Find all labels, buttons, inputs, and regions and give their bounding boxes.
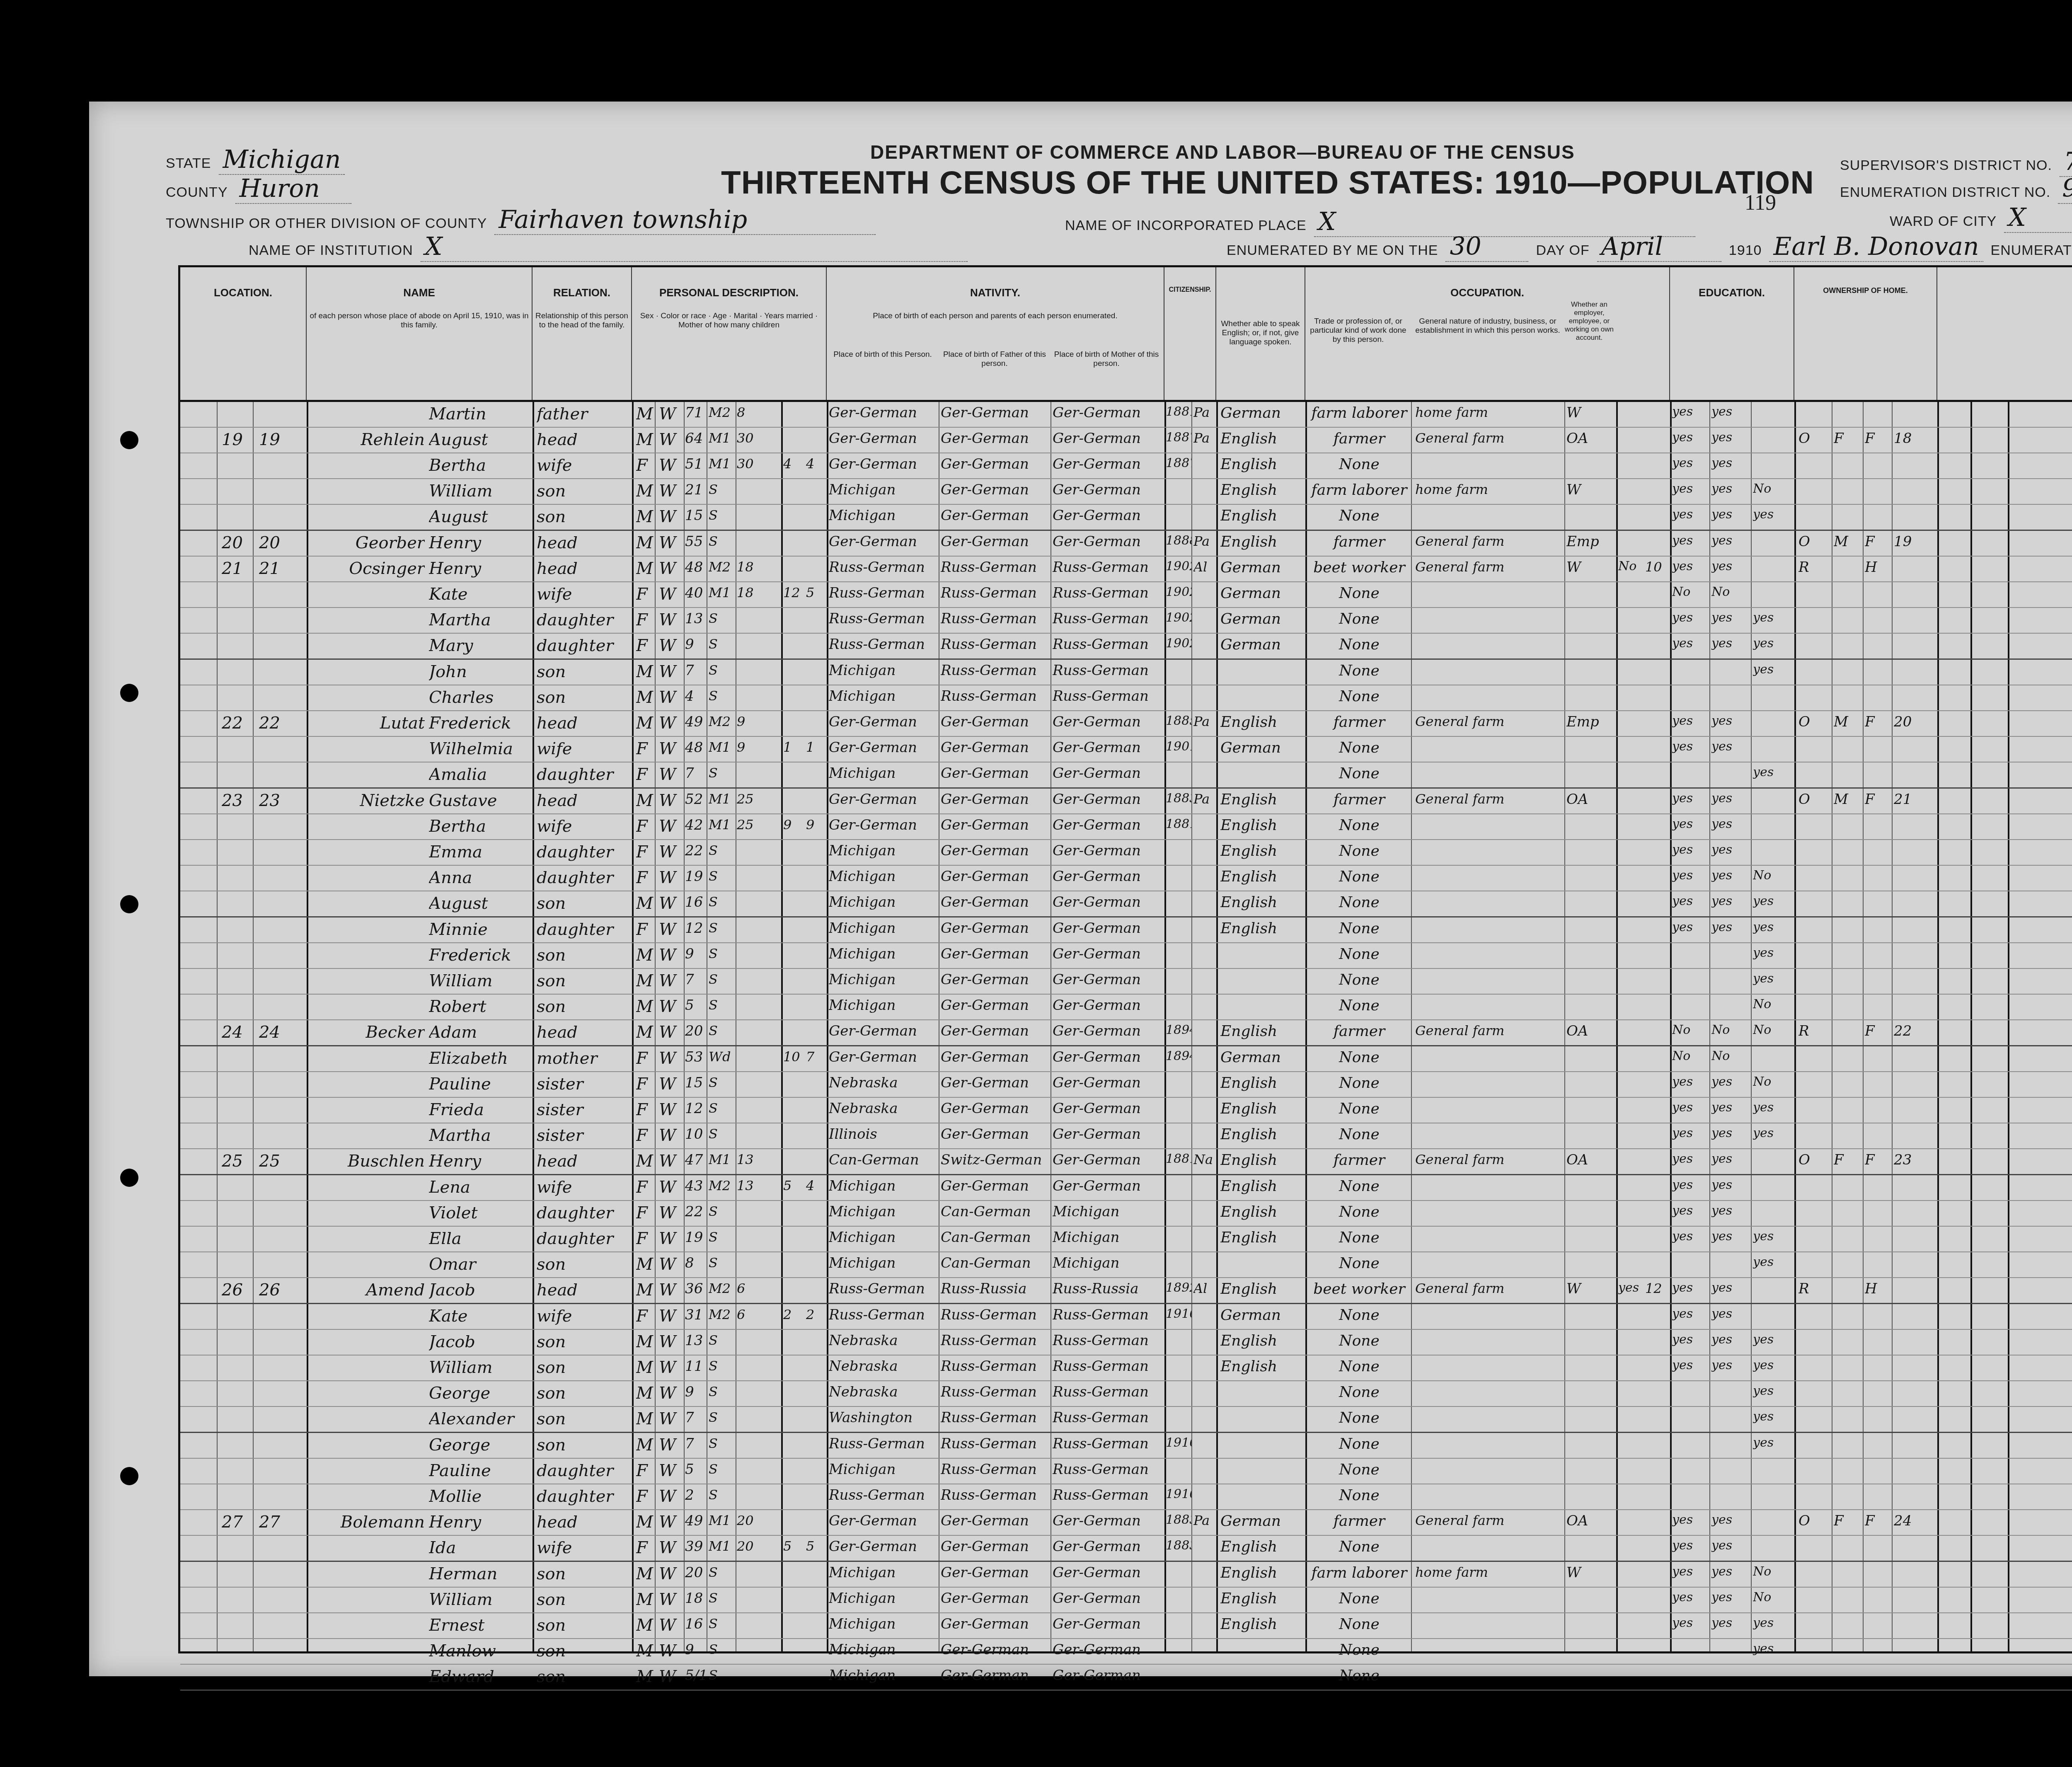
given-name: Violet [429, 1203, 530, 1222]
language: German [1220, 739, 1303, 756]
header-education: EDUCATION. [1670, 267, 1794, 400]
can-write: yes [1711, 1075, 1749, 1089]
birthplace-person: Russ-German [829, 1487, 939, 1503]
race: W [659, 1461, 682, 1480]
farm-or-house: F [1865, 791, 1890, 808]
enumeration-district-label: ENUMERATION DISTRICT NO. [1840, 184, 2050, 201]
sex: F [636, 585, 655, 604]
language: English [1220, 920, 1303, 937]
years-married: 8 [737, 404, 758, 420]
birthplace-mother: Russ-German [1053, 636, 1162, 653]
birthplace-person: Michigan [829, 1203, 939, 1220]
children-living: 9 [806, 817, 827, 833]
birthplace-father: Russ-German [941, 1409, 1051, 1426]
trade: None [1310, 636, 1409, 653]
family-number: 26 [259, 1280, 300, 1300]
birthplace-person: Michigan [829, 997, 939, 1014]
can-read: yes [1672, 533, 1707, 548]
age: 51 [685, 456, 707, 472]
birthplace-mother: Ger-German [1053, 791, 1162, 808]
race: W [659, 1332, 682, 1351]
farm-or-house: F [1865, 430, 1890, 447]
age: 55 [685, 533, 707, 550]
can-read: No [1672, 1023, 1707, 1037]
relation: son [537, 507, 630, 526]
sex: M [636, 971, 655, 990]
birthplace-person: Michigan [829, 1590, 939, 1607]
birthplace-person: Michigan [829, 920, 939, 937]
language: English [1220, 1564, 1303, 1581]
language: German [1220, 610, 1303, 627]
census-row: William son M W 11 S Nebraska Russ-Germa… [180, 1356, 2072, 1381]
attended-school: yes [1753, 1229, 1792, 1244]
birthplace-person: Ger-German [829, 817, 939, 833]
sex: M [636, 1590, 655, 1609]
age: 5 [685, 997, 707, 1014]
birthplace-person: Nebraska [829, 1358, 939, 1375]
given-name: Bertha [429, 817, 530, 836]
marital-status: S [709, 997, 734, 1013]
census-row: Kate wife F W 40 M1 18 12 5 Russ-German … [180, 582, 2072, 608]
trade: None [1310, 1384, 1409, 1401]
trade: None [1310, 920, 1409, 937]
relation: daughter [537, 610, 630, 629]
immigration-year: 1894 [1166, 1023, 1191, 1037]
age: 48 [685, 559, 707, 576]
birthplace-father: Ger-German [941, 971, 1051, 988]
birthplace-mother: Russ-German [1053, 1487, 1162, 1503]
can-write: yes [1711, 610, 1749, 625]
immigration-year: 1887 [1166, 456, 1191, 470]
marital-status: S [709, 1255, 734, 1271]
census-row: Martin father M W 71 M2 8 Ger-German Ger… [180, 402, 2072, 428]
children-born: 5 [783, 1538, 804, 1554]
county-label: COUNTY [166, 184, 228, 201]
marital-status: M1 [709, 430, 734, 446]
relation: wife [537, 1307, 630, 1326]
can-read: yes [1672, 636, 1707, 651]
birthplace-father: Ger-German [941, 1075, 1051, 1091]
birthplace-mother: Ger-German [1053, 739, 1162, 756]
can-write: yes [1711, 1307, 1749, 1321]
age: 20 [685, 1023, 707, 1039]
children-living: 4 [806, 1178, 827, 1193]
industry: home farm [1415, 1564, 1562, 1580]
age: 8 [685, 1255, 707, 1271]
relation: wife [537, 585, 630, 604]
marital-status: S [709, 894, 734, 910]
age: 19 [685, 1229, 707, 1246]
birthplace-person: Ger-German [829, 456, 939, 472]
race: W [659, 1435, 682, 1455]
attended-school: yes [1753, 1616, 1792, 1630]
attended-school: yes [1753, 636, 1792, 651]
family-number: 23 [259, 791, 300, 810]
language: German [1220, 404, 1303, 421]
relation: son [537, 688, 630, 707]
can-write: yes [1711, 791, 1749, 806]
sex: M [636, 662, 655, 681]
can-write: yes [1711, 1152, 1749, 1166]
relation: daughter [537, 1203, 630, 1222]
birthplace-father: Ger-German [941, 430, 1051, 447]
trade: None [1310, 894, 1409, 911]
employment-class: W [1566, 1280, 1614, 1297]
relation: son [537, 1667, 630, 1686]
can-write: yes [1711, 404, 1749, 419]
marital-status: S [709, 1641, 734, 1657]
employment-class: Emp [1566, 533, 1614, 550]
can-read: yes [1672, 868, 1707, 883]
race: W [659, 765, 682, 784]
immigration-year: 1881 [1166, 1152, 1191, 1166]
language: English [1220, 1075, 1303, 1092]
census-row: Bertha wife F W 51 M1 30 4 4 Ger-German … [180, 453, 2072, 479]
given-name: August [429, 430, 530, 449]
birthplace-father: Can-German [941, 1203, 1051, 1220]
marital-status: M1 [709, 1538, 734, 1554]
relation: head [537, 1280, 630, 1300]
farm-or-house: F [1865, 1513, 1890, 1529]
can-read: yes [1672, 1513, 1707, 1527]
marital-status: S [709, 765, 734, 781]
out-of-work: yes [1618, 1280, 1643, 1295]
relation: head [537, 533, 630, 552]
institution-field: NAME OF INSTITUTION X [249, 232, 968, 262]
sex: F [636, 1100, 655, 1119]
age: 15 [685, 507, 707, 524]
can-write: yes [1711, 817, 1749, 831]
given-name: Manlow [429, 1641, 530, 1660]
birthplace-mother: Michigan [1053, 1255, 1162, 1271]
can-write: yes [1711, 1178, 1749, 1192]
enumeration-district-value: 9 [2058, 174, 2072, 204]
weeks-out-of-work: 12 [1645, 1280, 1668, 1296]
relation: head [537, 1513, 630, 1532]
can-read: yes [1672, 1280, 1707, 1295]
relation: head [537, 430, 630, 449]
can-write: yes [1711, 636, 1749, 651]
marital-status: S [709, 636, 734, 652]
marital-status: S [709, 507, 734, 523]
race: W [659, 1178, 682, 1197]
age: 11 [685, 1358, 707, 1375]
family-number: 21 [259, 559, 300, 578]
birthplace-mother: Ger-German [1053, 1178, 1162, 1194]
birthplace-mother: Russ-German [1053, 1435, 1162, 1452]
language: English [1220, 817, 1303, 834]
birthplace-mother: Ger-German [1053, 1667, 1162, 1684]
birthplace-father: Ger-German [941, 482, 1051, 498]
farm-or-house: H [1865, 559, 1890, 576]
sex: M [636, 1384, 655, 1403]
marital-status: S [709, 1667, 734, 1683]
marital-status: S [709, 1461, 734, 1477]
race: W [659, 482, 682, 501]
can-write: yes [1711, 1229, 1749, 1244]
language: English [1220, 456, 1303, 473]
relation: son [537, 1435, 630, 1455]
can-read: yes [1672, 920, 1707, 934]
farm-or-house: F [1865, 1152, 1890, 1168]
birthplace-mother: Russ-German [1053, 1358, 1162, 1375]
supervisor-district-field: SUPERVISOR'S DISTRICT NO. 7 [1840, 147, 2072, 177]
given-name: Martin [429, 404, 530, 424]
relation: head [537, 714, 630, 733]
trade: None [1310, 1590, 1409, 1607]
state-value: Michigan [219, 145, 345, 175]
given-name: Ella [429, 1229, 530, 1248]
relation: wife [537, 739, 630, 758]
punch-hole [120, 1169, 138, 1187]
years-married: 20 [737, 1538, 758, 1554]
birthplace-person: Michigan [829, 842, 939, 859]
attended-school: yes [1753, 1384, 1792, 1398]
birthplace-mother: Ger-German [1053, 1049, 1162, 1065]
trade: None [1310, 1049, 1409, 1066]
birthplace-person: Michigan [829, 894, 939, 910]
marital-status: S [709, 842, 734, 858]
enumerated-year: 1910 [1729, 242, 1762, 259]
birthplace-mother: Ger-German [1053, 430, 1162, 447]
out-of-work: No [1618, 559, 1643, 574]
census-row: Amalia daughter F W 7 S Michigan Ger-Ger… [180, 762, 2072, 789]
sex: F [636, 842, 655, 862]
age: 64 [685, 430, 707, 447]
race: W [659, 1513, 682, 1532]
can-read: yes [1672, 404, 1707, 419]
birthplace-mother: Ger-German [1053, 404, 1162, 421]
free-or-mortgaged: M [1834, 791, 1861, 808]
race: W [659, 1280, 682, 1300]
relation: son [537, 1590, 630, 1609]
immigration-year: 1902 [1166, 636, 1191, 651]
can-write: yes [1711, 842, 1749, 857]
given-name: August [429, 894, 530, 913]
trade: farmer [1310, 791, 1409, 808]
census-row: 22 22 Lutat Frederick head M W 49 M2 9 G… [180, 711, 2072, 737]
birthplace-father: Ger-German [941, 1178, 1051, 1194]
immigration-year: 1885 [1166, 714, 1191, 728]
relation: wife [537, 1178, 630, 1197]
naturalization: Pa [1193, 1513, 1216, 1528]
can-write: No [1711, 1049, 1749, 1063]
immigration-year: 1902 [1166, 559, 1191, 574]
census-row: Ernest son M W 16 S Michigan Ger-German … [180, 1613, 2072, 1639]
trade: None [1310, 507, 1409, 524]
age: 9 [685, 946, 707, 962]
birthplace-father: Russ-German [941, 636, 1051, 653]
census-row: Alexander son M W 7 S Washington Russ-Ge… [180, 1407, 2072, 1433]
given-name: Jacob [429, 1280, 530, 1300]
trade: None [1310, 1203, 1409, 1220]
birthplace-father: Ger-German [941, 1641, 1051, 1658]
birthplace-person: Ger-German [829, 1538, 939, 1555]
census-row: 26 26 Amend Jacob head M W 36 M2 6 Russ-… [180, 1278, 2072, 1304]
given-name: Pauline [429, 1461, 530, 1480]
dwelling-number: 23 [222, 791, 251, 810]
given-name: John [429, 662, 530, 681]
language: English [1220, 1229, 1303, 1246]
attended-school: yes [1753, 894, 1792, 908]
punch-hole [120, 1467, 138, 1485]
children-living: 5 [806, 585, 827, 600]
can-read: yes [1672, 1538, 1707, 1553]
marital-status: M1 [709, 739, 734, 755]
can-read: yes [1672, 456, 1707, 470]
children-living: 4 [806, 456, 827, 472]
marital-status: M2 [709, 404, 734, 420]
given-name: Henry [429, 1152, 530, 1171]
trade: farmer [1310, 714, 1409, 731]
race: W [659, 662, 682, 681]
census-row: Charles son M W 4 S Michigan Russ-German… [180, 685, 2072, 711]
relation: son [537, 1358, 630, 1377]
attended-school: No [1753, 1590, 1792, 1605]
sex: M [636, 1641, 655, 1660]
attended-school: yes [1753, 1332, 1792, 1347]
birthplace-father: Can-German [941, 1229, 1051, 1246]
birthplace-mother: Russ-German [1053, 559, 1162, 576]
sex: M [636, 1616, 655, 1635]
can-read: yes [1672, 559, 1707, 574]
children-living: 5 [806, 1538, 827, 1554]
immigration-year: 1887 [1166, 430, 1191, 445]
free-or-mortgaged: M [1834, 714, 1861, 730]
sex: F [636, 817, 655, 836]
language: English [1220, 430, 1303, 447]
birthplace-person: Russ-German [829, 1307, 939, 1323]
immigration-year: 1883 [1166, 1513, 1191, 1527]
enumerator-label: ENUMERATOR [1991, 242, 2072, 259]
birthplace-person: Ger-German [829, 1513, 939, 1529]
marital-status: S [709, 946, 734, 961]
immigration-year: 1902 [1166, 610, 1191, 625]
sex: M [636, 946, 655, 965]
language: German [1220, 559, 1303, 576]
birthplace-father: Can-German [941, 1255, 1051, 1271]
birthplace-mother: Russ-German [1053, 1461, 1162, 1478]
given-name: Emma [429, 842, 530, 862]
enumerated-month: April [1597, 232, 1721, 262]
county-value: Huron [235, 174, 351, 204]
attended-school: No [1753, 482, 1792, 496]
employment-class: OA [1566, 1152, 1614, 1168]
birthplace-mother: Ger-German [1053, 920, 1162, 937]
sex: M [636, 1023, 655, 1042]
trade: beet worker [1310, 1280, 1409, 1297]
years-married: 13 [737, 1152, 758, 1167]
birthplace-mother: Ger-German [1053, 1538, 1162, 1555]
birthplace-person: Nebraska [829, 1100, 939, 1117]
trade: None [1310, 610, 1409, 627]
census-row: Mollie daughter F W 2 S Russ-German Russ… [180, 1484, 2072, 1510]
birthplace-mother: Ger-German [1053, 456, 1162, 472]
farm-schedule-number: 20 [1894, 714, 1935, 730]
header-nativity: NATIVITY. Place of birth of each person … [827, 267, 1164, 400]
census-row: Wilhelmia wife F W 48 M1 9 1 1 Ger-Germa… [180, 737, 2072, 762]
supervisor-district-label: SUPERVISOR'S DISTRICT NO. [1840, 157, 2052, 174]
immigration-year: 1902 [1166, 585, 1191, 599]
birthplace-father: Russ-German [941, 1307, 1051, 1323]
children-living: 1 [806, 739, 827, 755]
census-row: George son M W 7 S Russ-German Russ-Germ… [180, 1433, 2072, 1459]
attended-school: yes [1753, 765, 1792, 779]
birthplace-person: Michigan [829, 482, 939, 498]
marital-status: M1 [709, 1152, 734, 1167]
marital-status: S [709, 1332, 734, 1348]
weeks-out-of-work: 10 [1645, 559, 1668, 575]
sex: F [636, 636, 655, 655]
sex: F [636, 1126, 655, 1145]
census-row: 25 25 Buschlen Henry head M W 47 M1 13 C… [180, 1149, 2072, 1175]
sex: F [636, 920, 655, 939]
industry: General farm [1415, 430, 1562, 446]
census-row: Emma daughter F W 22 S Michigan Ger-Germ… [180, 840, 2072, 866]
sex: M [636, 688, 655, 707]
race: W [659, 894, 682, 913]
trade: farmer [1310, 1023, 1409, 1040]
attended-school: yes [1753, 1409, 1792, 1424]
marital-status: M2 [709, 559, 734, 575]
language: English [1220, 482, 1303, 499]
census-row: William son M W 18 S Michigan Ger-German… [180, 1588, 2072, 1613]
attended-school: yes [1753, 920, 1792, 934]
language: German [1220, 636, 1303, 653]
trade: None [1310, 1435, 1409, 1452]
race: W [659, 1641, 682, 1660]
birthplace-father: Russ-Russia [941, 1280, 1051, 1297]
given-name: Adam [429, 1023, 530, 1042]
years-married: 18 [737, 559, 758, 575]
free-or-mortgaged: F [1834, 1152, 1861, 1168]
surname: Ocsinger [313, 559, 425, 578]
marital-status: S [709, 1564, 734, 1580]
birthplace-person: Michigan [829, 868, 939, 885]
sex: M [636, 507, 655, 526]
relation: wife [537, 817, 630, 836]
sex: F [636, 1461, 655, 1480]
language: English [1220, 507, 1303, 524]
race: W [659, 1538, 682, 1557]
birthplace-mother: Ger-German [1053, 714, 1162, 730]
employment-class: W [1566, 1564, 1614, 1581]
farm-or-house: F [1865, 533, 1890, 550]
race: W [659, 1075, 682, 1094]
race: W [659, 610, 682, 629]
relation: sister [537, 1126, 630, 1145]
industry: General farm [1415, 1152, 1562, 1167]
years-married: 6 [737, 1307, 758, 1322]
given-name: William [429, 971, 530, 990]
age: 4 [685, 688, 707, 704]
trade: None [1310, 1178, 1409, 1195]
birthplace-father: Ger-German [941, 1100, 1051, 1117]
census-row: Martha sister F W 10 S Illinois Ger-Germ… [180, 1123, 2072, 1149]
birthplace-mother: Ger-German [1053, 971, 1162, 988]
table-header: LOCATION. NAME of each person whose plac… [180, 267, 2072, 402]
attended-school: yes [1753, 1255, 1792, 1269]
farm-schedule-number: 22 [1894, 1023, 1935, 1039]
family-number: 19 [259, 430, 300, 449]
trade: None [1310, 842, 1409, 859]
naturalization: Pa [1193, 430, 1216, 446]
birthplace-father: Ger-German [941, 868, 1051, 885]
trade: None [1310, 765, 1409, 782]
sex: M [636, 1564, 655, 1583]
birthplace-mother: Ger-German [1053, 1564, 1162, 1581]
race: W [659, 1564, 682, 1583]
